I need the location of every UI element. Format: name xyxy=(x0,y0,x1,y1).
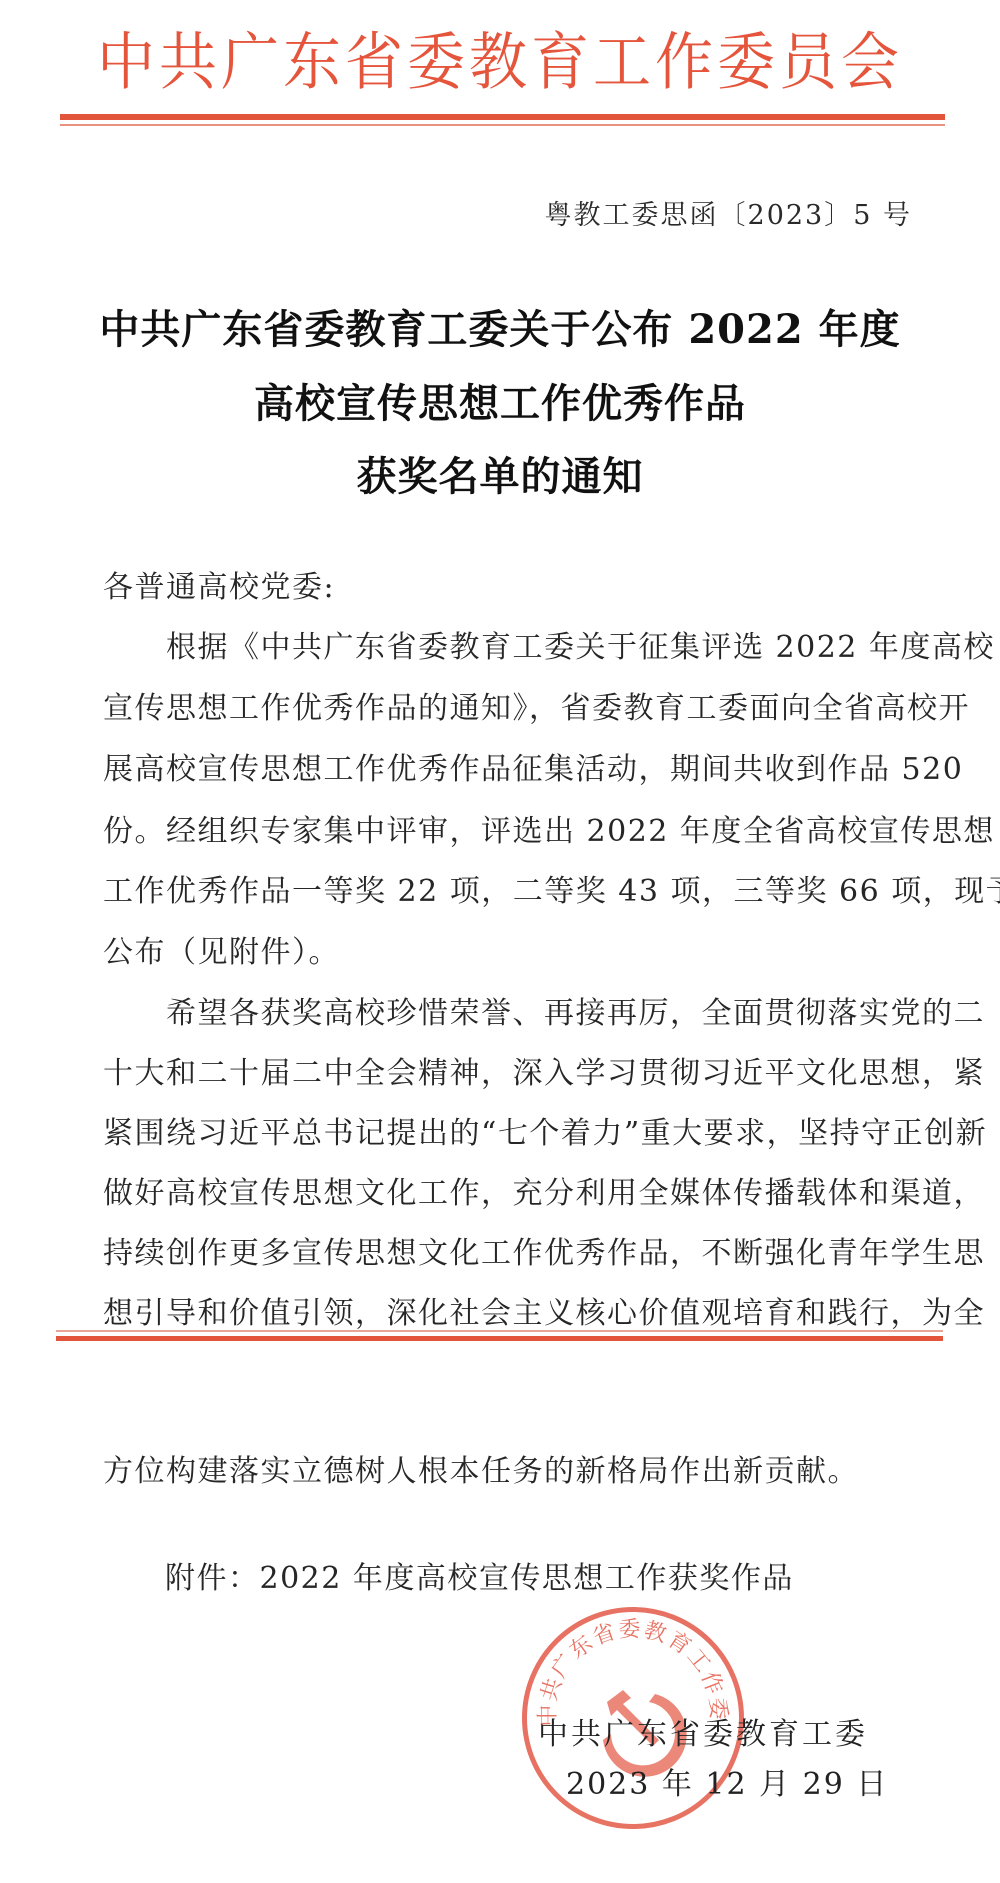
page-break-rule-thin xyxy=(56,1330,943,1332)
paragraph1-line: 展高校宣传思想工作优秀作品征集活动，期间共收到作品 520 xyxy=(103,748,933,792)
paragraph2-line: 紧围绕习近平总书记提出的“七个着力”重大要求，坚持守正创新 xyxy=(103,1112,933,1156)
paragraph2-line: 持续创作更多宣传思想文化工作优秀作品，不断强化青年学生思 xyxy=(103,1232,933,1276)
paragraph1-line: 份。经组织专家集中评审，评选出 2022 年度全省高校宣传思想 xyxy=(103,810,933,854)
page-break-rule-thick xyxy=(56,1336,943,1341)
masthead-rule-thick xyxy=(60,114,945,120)
document-number: 粤教工委思函〔2023〕5 号 xyxy=(545,196,912,236)
title-line-2: 高校宣传思想工作优秀作品 xyxy=(0,376,1000,432)
title-line-1: 中共广东省委教育工委关于公布 2022 年度 xyxy=(0,302,1000,358)
paragraph1-line: 公布（见附件）。 xyxy=(103,931,933,975)
masthead-rule-thin xyxy=(60,124,945,126)
paragraph2-line: 十大和二十届二中全会精神，深入学习贯彻习近平文化思想，紧 xyxy=(103,1052,933,1096)
issuer-name: 中共广东省委教育工委 xyxy=(538,1713,868,1757)
paragraph1-line: 工作优秀作品一等奖 22 项，二等奖 43 项，三等奖 66 项，现予 xyxy=(103,870,933,914)
paragraph2-line: 做好高校宣传思想文化工作，充分利用全媒体传播载体和渠道， xyxy=(103,1172,933,1216)
svg-text:中共广东省委教育工作委员会: 中共广东省委教育工作委员会 xyxy=(527,1612,731,1727)
paragraph2-line: 希望各获奖高校珍惜荣誉、再接再厉，全面贯彻落实党的二 xyxy=(103,992,933,1036)
paragraph1-line: 根据《中共广东省委教育工委关于征集评选 2022 年度高校 xyxy=(103,626,933,670)
paragraph1-line: 宣传思想工作优秀作品的通知》，省委教育工委面向全省高校开 xyxy=(103,687,933,731)
attachment-line: 附件：2022 年度高校宣传思想工作获奖作品 xyxy=(165,1557,995,1601)
continuation-line: 方位构建落实立德树人根本任务的新格局作出新贡献。 xyxy=(103,1450,933,1494)
masthead-title: 中共广东省委教育工作委员会 xyxy=(0,19,1000,105)
title-line-3: 获奖名单的通知 xyxy=(0,449,1000,505)
salutation: 各普通高校党委: xyxy=(103,566,933,610)
issue-date: 2023 年 12 月 29 日 xyxy=(566,1763,888,1807)
